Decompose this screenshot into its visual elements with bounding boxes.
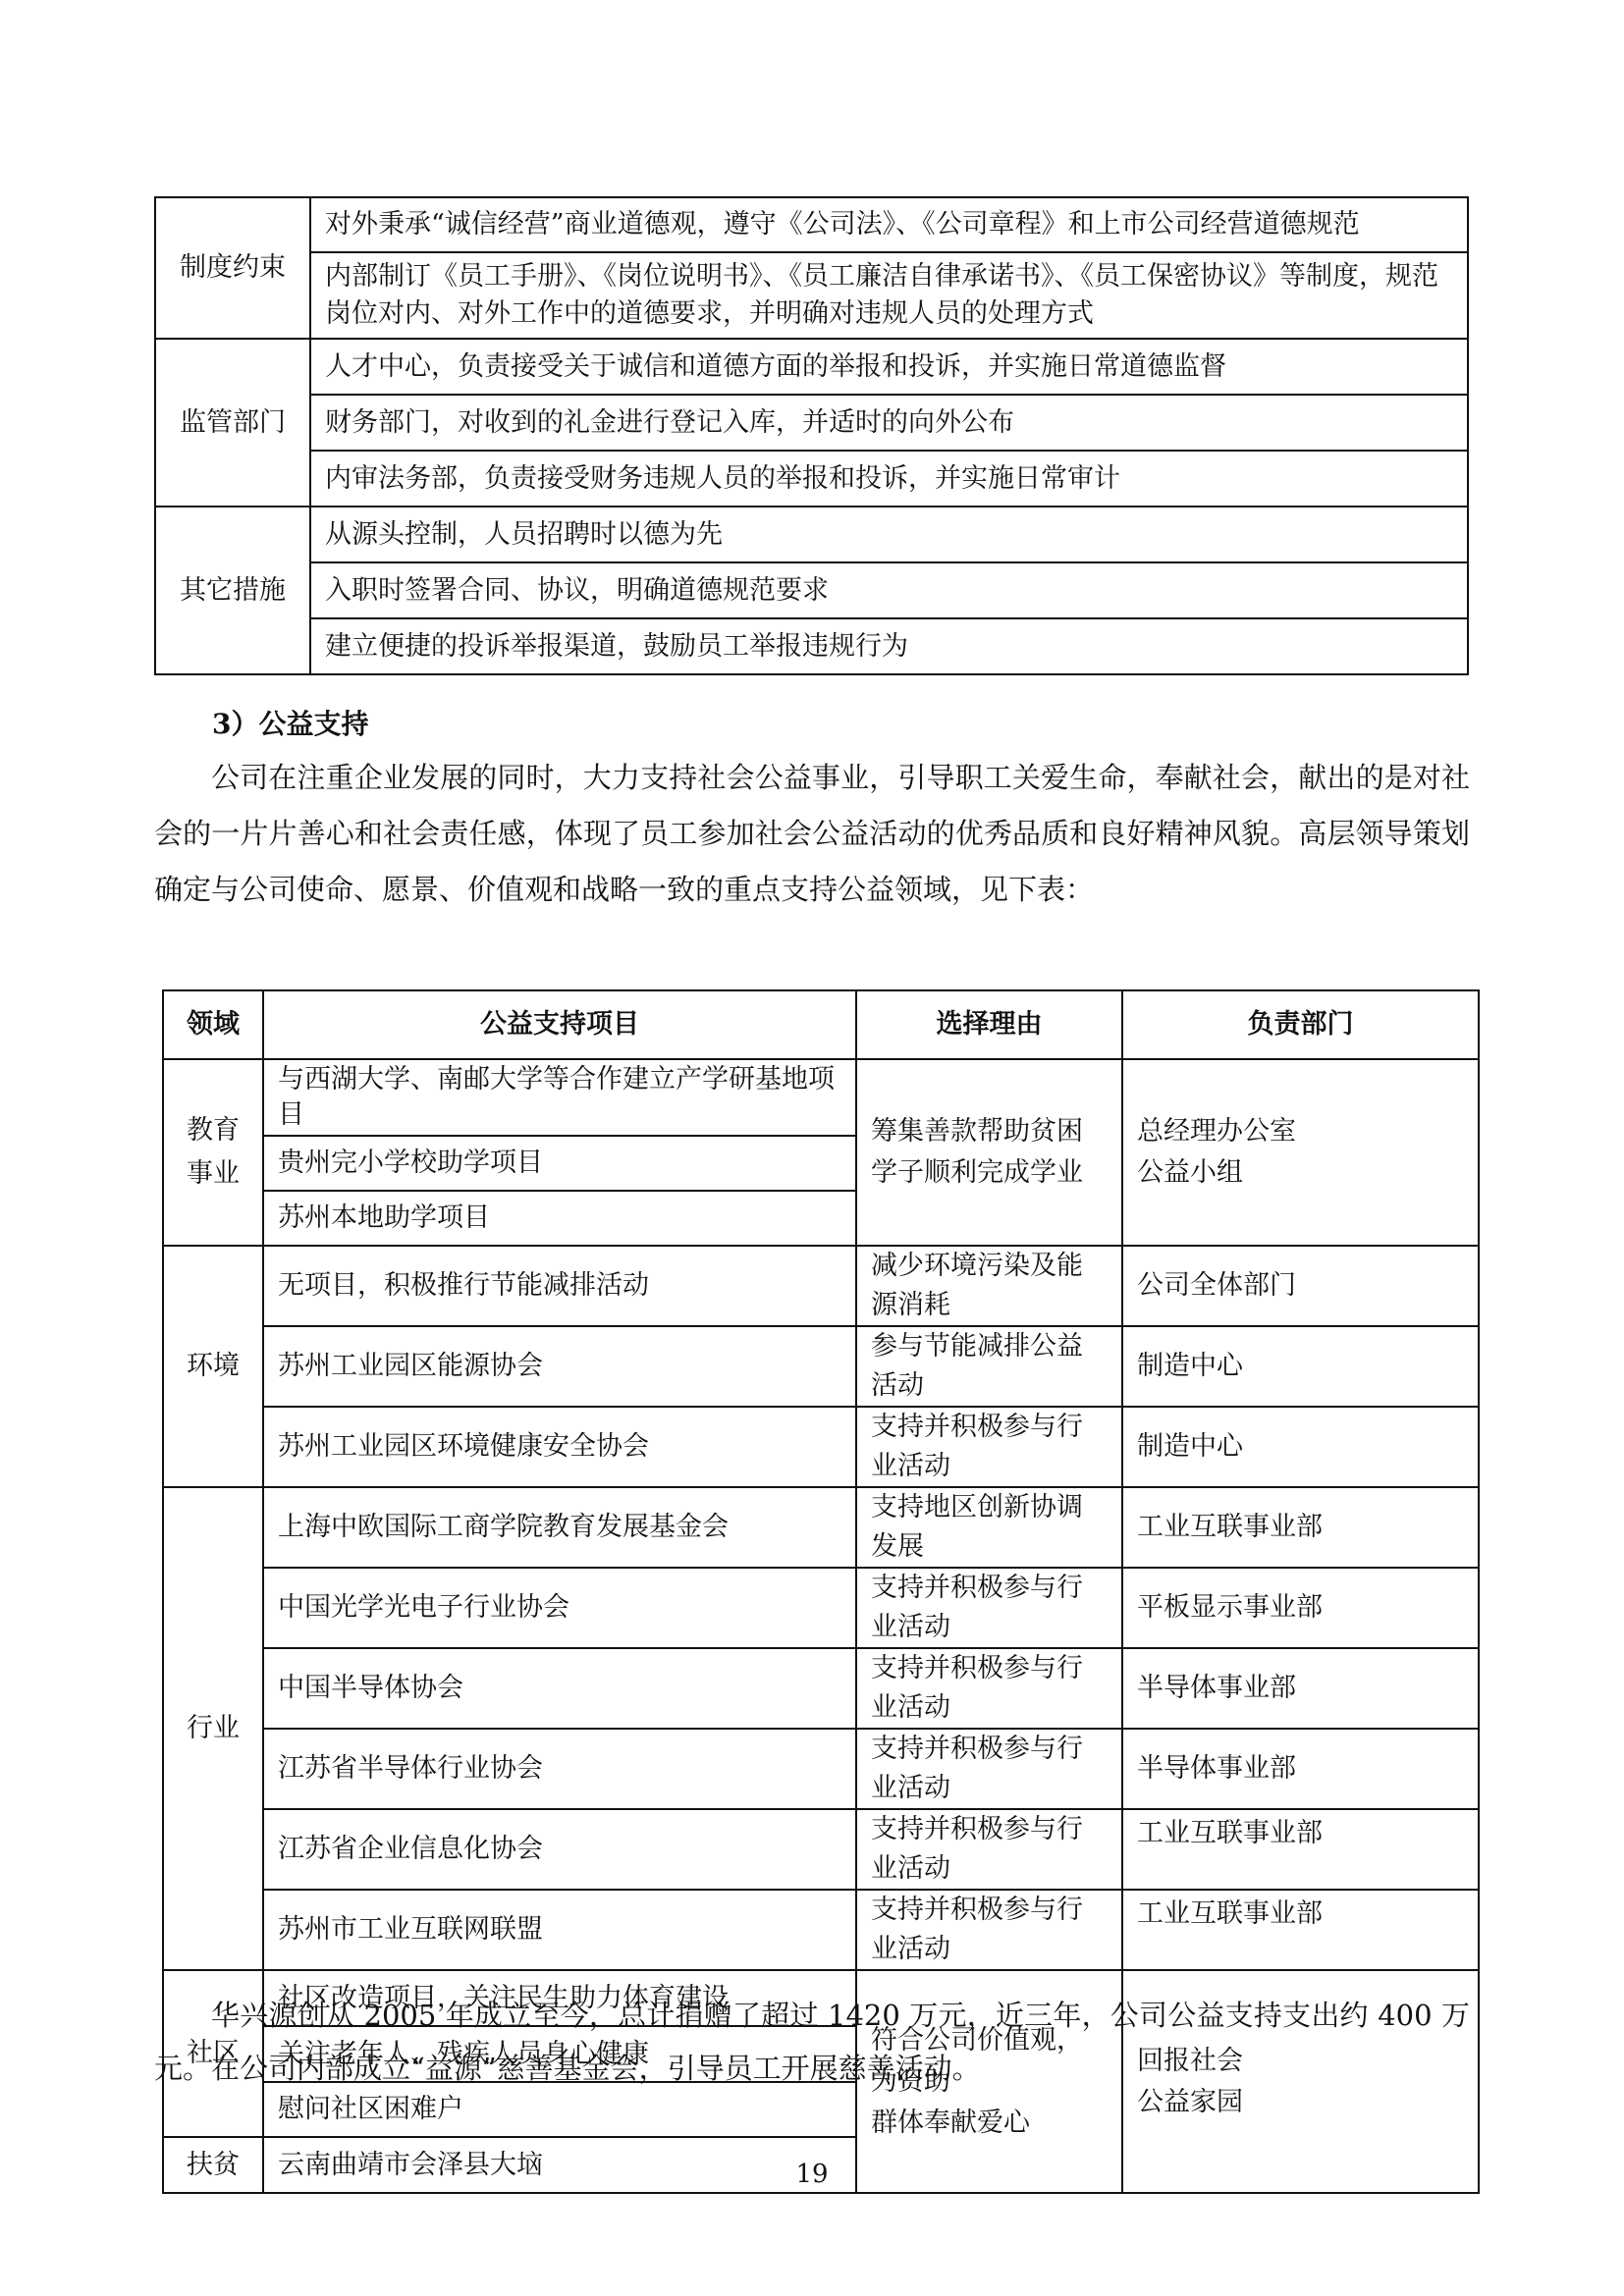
reason-cell: 参与节能减排公益活动: [856, 1326, 1122, 1407]
project-cell: 苏州本地助学项目: [263, 1191, 856, 1246]
category-cell: 制度约束: [155, 197, 310, 339]
table-row: 苏州工业园区环境健康安全协会 支持并积极参与行业活动 制造中心: [163, 1407, 1479, 1487]
table-row: 行业 上海中欧国际工商学院教育发展基金会 支持地区创新协调发展 工业互联事业部: [163, 1487, 1479, 1568]
department-cell: 制造中心: [1122, 1326, 1479, 1407]
table-row: 内部制订《员工手册》、《岗位说明书》、《员工廉洁自律承诺书》、《员工保密协议》等…: [155, 252, 1468, 339]
project-cell: 中国光学光电子行业协会: [263, 1568, 856, 1648]
table-row: 制度约束 对外秉承“诚信经营”商业道德观，遵守《公司法》、《公司章程》和上市公司…: [155, 197, 1468, 252]
header-reason: 选择理由: [856, 990, 1122, 1059]
header-project: 公益支持项目: [263, 990, 856, 1059]
project-cell: 中国半导体协会: [263, 1648, 856, 1729]
reason-cell: 支持并积极参与行业活动: [856, 1890, 1122, 1970]
reason-cell: 减少环境污染及能源消耗: [856, 1246, 1122, 1326]
table-row: 监管部门 人才中心，负责接受关于诚信和道德方面的举报和投诉，并实施日常道德监督: [155, 339, 1468, 395]
measure-cell: 入职时签署合同、协议，明确道德规范要求: [310, 562, 1468, 618]
reason-cell: 支持并积极参与行业活动: [856, 1648, 1122, 1729]
table-row: 内审法务部，负责接受财务违规人员的举报和投诉，并实施日常审计: [155, 451, 1468, 507]
reason-cell: 支持并积极参与行业活动: [856, 1568, 1122, 1648]
measure-cell: 从源头控制，人员招聘时以德为先: [310, 507, 1468, 562]
page-number: 19: [0, 2160, 1624, 2189]
department-cell: 工业互联事业部: [1122, 1809, 1479, 1890]
domain-cell: 教育 事业: [163, 1059, 263, 1246]
category-cell: 监管部门: [155, 339, 310, 507]
domain-cell: 行业: [163, 1487, 263, 1970]
project-cell: 上海中欧国际工商学院教育发展基金会: [263, 1487, 856, 1568]
measure-cell: 建立便捷的投诉举报渠道，鼓励员工举报违规行为: [310, 618, 1468, 674]
table-row: 入职时签署合同、协议，明确道德规范要求: [155, 562, 1468, 618]
measure-cell: 财务部门，对收到的礼金进行登记入库，并适时的向外公布: [310, 395, 1468, 451]
reason-cell: 支持并积极参与行业活动: [856, 1809, 1122, 1890]
closing-paragraph: 华兴源创从 2005 年成立至今，总计捐赠了超过 1420 万元，近三年，公司公…: [154, 1989, 1470, 2095]
table-row: 教育 事业 与西湖大学、南邮大学等合作建立产学研基地项目 筹集善款帮助贫困学子顺…: [163, 1059, 1479, 1136]
project-cell: 江苏省企业信息化协会: [263, 1809, 856, 1890]
project-cell: 无项目，积极推行节能减排活动: [263, 1246, 856, 1326]
header-domain: 领域: [163, 990, 263, 1059]
department-cell: 平板显示事业部: [1122, 1568, 1479, 1648]
table-row: 建立便捷的投诉举报渠道，鼓励员工举报违规行为: [155, 618, 1468, 674]
department-cell: 半导体事业部: [1122, 1648, 1479, 1729]
reason-cell: 支持地区创新协调发展: [856, 1487, 1122, 1568]
project-cell: 贵州完小学校助学项目: [263, 1136, 856, 1191]
section-heading: 3）公益支持: [212, 705, 368, 744]
measure-cell: 内部制订《员工手册》、《岗位说明书》、《员工廉洁自律承诺书》、《员工保密协议》等…: [310, 252, 1468, 339]
table-row: 财务部门，对收到的礼金进行登记入库，并适时的向外公布: [155, 395, 1468, 451]
table-row: 中国光学光电子行业协会 支持并积极参与行业活动 平板显示事业部: [163, 1568, 1479, 1648]
department-cell: 工业互联事业部: [1122, 1487, 1479, 1568]
table-row: 中国半导体协会 支持并积极参与行业活动 半导体事业部: [163, 1648, 1479, 1729]
project-cell: 苏州市工业互联网联盟: [263, 1890, 856, 1970]
department-cell: 半导体事业部: [1122, 1729, 1479, 1809]
reason-cell: 支持并积极参与行业活动: [856, 1407, 1122, 1487]
department-cell: 工业互联事业部: [1122, 1890, 1479, 1970]
project-cell: 江苏省半导体行业协会: [263, 1729, 856, 1809]
measure-cell: 人才中心，负责接受关于诚信和道德方面的举报和投诉，并实施日常道德监督: [310, 339, 1468, 395]
header-department: 负责部门: [1122, 990, 1479, 1059]
table-row: 苏州工业园区能源协会 参与节能减排公益活动 制造中心: [163, 1326, 1479, 1407]
project-cell: 与西湖大学、南邮大学等合作建立产学研基地项目: [263, 1059, 856, 1136]
reason-cell: 支持并积极参与行业活动: [856, 1729, 1122, 1809]
measure-cell: 内审法务部，负责接受财务违规人员的举报和投诉，并实施日常审计: [310, 451, 1468, 507]
intro-paragraph: 公司在注重企业发展的同时，大力支持社会公益事业，引导职工关爱生命，奉献社会，献出…: [154, 750, 1470, 918]
project-cell: 苏州工业园区环境健康安全协会: [263, 1407, 856, 1487]
ethics-measures-table: 制度约束 对外秉承“诚信经营”商业道德观，遵守《公司法》、《公司章程》和上市公司…: [154, 196, 1469, 675]
reason-cell: 筹集善款帮助贫困学子顺利完成学业: [856, 1059, 1122, 1246]
table-row: 苏州市工业互联网联盟 支持并积极参与行业活动 工业互联事业部: [163, 1890, 1479, 1970]
category-cell: 其它措施: [155, 507, 310, 674]
table-row: 江苏省半导体行业协会 支持并积极参与行业活动 半导体事业部: [163, 1729, 1479, 1809]
department-cell: 制造中心: [1122, 1407, 1479, 1487]
department-cell: 总经理办公室 公益小组: [1122, 1059, 1479, 1246]
table-row: 其它措施 从源头控制，人员招聘时以德为先: [155, 507, 1468, 562]
project-cell: 苏州工业园区能源协会: [263, 1326, 856, 1407]
measure-cell: 对外秉承“诚信经营”商业道德观，遵守《公司法》、《公司章程》和上市公司经营道德规…: [310, 197, 1468, 252]
table-header-row: 领域 公益支持项目 选择理由 负责部门: [163, 990, 1479, 1059]
table-row: 江苏省企业信息化协会 支持并积极参与行业活动 工业互联事业部: [163, 1809, 1479, 1890]
domain-cell: 环境: [163, 1246, 263, 1487]
department-cell: 公司全体部门: [1122, 1246, 1479, 1326]
document-page: 制度约束 对外秉承“诚信经营”商业道德观，遵守《公司法》、《公司章程》和上市公司…: [0, 0, 1624, 2296]
table-row: 环境 无项目，积极推行节能减排活动 减少环境污染及能源消耗 公司全体部门: [163, 1246, 1479, 1326]
